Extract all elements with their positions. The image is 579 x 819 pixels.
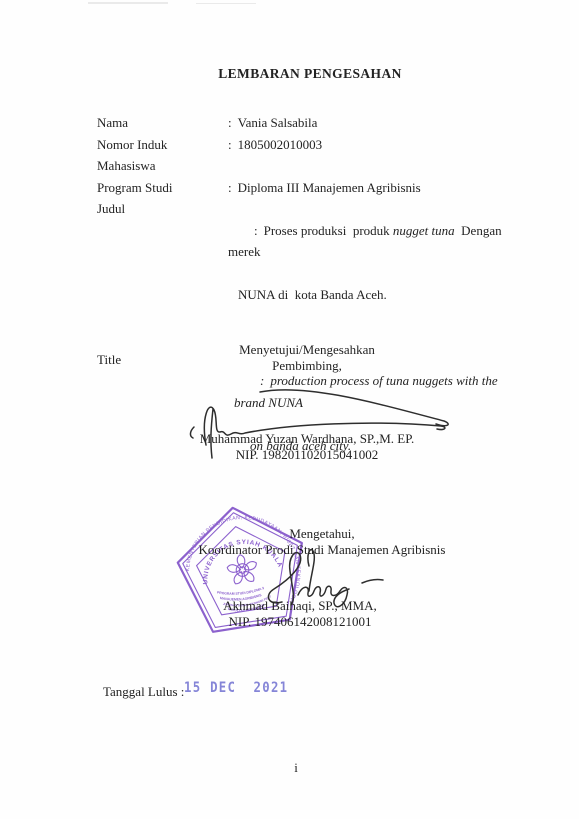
field-row-nama: Nama :Vania Salsabila: [97, 112, 507, 134]
approval-heading-line2: Pembimbing,: [137, 358, 477, 374]
field-row-judul: Judul :Proses produksi produk nugget tun…: [97, 198, 507, 349]
coordinator-identity: Akhmad Baihaqi, SP., MMA, NIP. 197406142…: [130, 598, 470, 629]
judul-line2: NUNA di kota Banda Aceh.: [228, 284, 507, 306]
field-label: Program Studi: [97, 177, 228, 199]
colon: :: [254, 220, 258, 242]
judul-text-italic: nugget tuna: [393, 223, 455, 238]
supervisor-name: Muhammad Yuzan Wardhana, SP.,M. EP.: [137, 431, 477, 447]
colon: :: [228, 134, 232, 156]
approval-heading: Menyetujui/Mengesahkan Pembimbing,: [137, 342, 477, 373]
coordinator-name: Akhmad Baihaqi, SP., MMA,: [130, 598, 470, 614]
colon: :: [228, 177, 232, 199]
field-row-nim: Nomor Induk Mahasiswa :1805002010003: [97, 134, 507, 177]
page-title: LEMBARAN PENGESAHAN: [110, 66, 510, 82]
colon: :: [228, 112, 232, 134]
field-label: Nama: [97, 112, 228, 134]
field-value: 1805002010003: [238, 137, 323, 152]
scan-artifact: [88, 2, 168, 4]
page-number: i: [294, 760, 298, 776]
supervisor-identity: Muhammad Yuzan Wardhana, SP.,M. EP. NIP.…: [137, 431, 477, 462]
field-value: Vania Salsabila: [238, 115, 318, 130]
approval-sheet-page: LEMBARAN PENGESAHAN Nama :Vania Salsabil…: [0, 0, 579, 819]
coordinator-nip: NIP. 197406142008121001: [130, 614, 470, 630]
supervisor-nip: NIP. 198201102015041002: [137, 447, 477, 463]
field-row-program-studi: Program Studi :Diploma III Manajemen Agr…: [97, 177, 507, 199]
graduation-date-label: Tanggal Lulus :: [103, 684, 184, 700]
judul-text: Proses produksi produk: [264, 223, 393, 238]
field-label: Judul: [97, 198, 228, 220]
approval-heading-line1: Menyetujui/Mengesahkan: [137, 342, 477, 358]
field-label: Nomor Induk Mahasiswa: [97, 134, 228, 177]
field-value: Diploma III Manajemen Agribisnis: [238, 180, 421, 195]
scan-artifact: [196, 3, 256, 4]
graduation-date-stamp: 15 DEC 2021: [184, 680, 288, 696]
